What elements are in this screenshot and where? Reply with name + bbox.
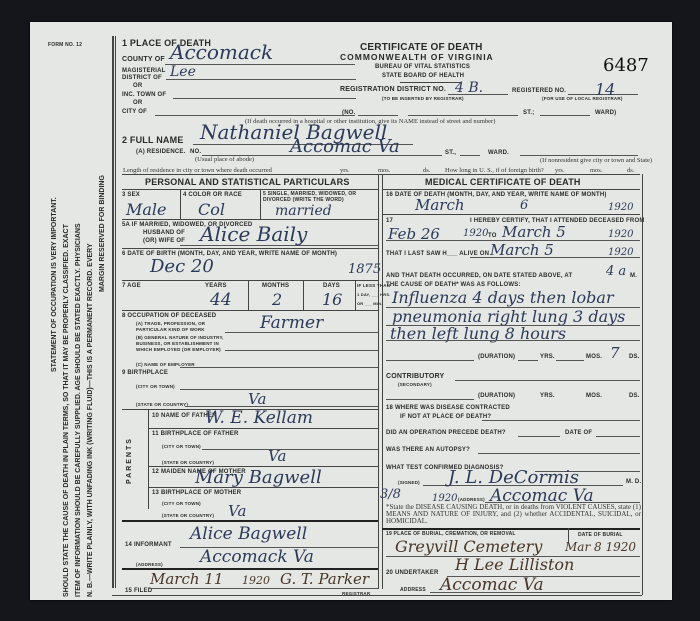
physician-signature: J. L. DeCormis [448, 467, 579, 488]
cause-line-1: Influenza 4 days then lobar [392, 288, 614, 307]
residence-label: (a) Residence. [136, 149, 185, 155]
birthplace-label: 9 Birthplace [122, 370, 168, 376]
board-label: State Board of Health [382, 73, 464, 79]
sex-value: Male [126, 200, 167, 219]
residence-street-label: St., [445, 150, 456, 156]
undertaker-value: H Lee Lilliston [455, 555, 574, 574]
autopsy-label: Was there an autopsy? [386, 447, 470, 453]
race-value: Col [198, 200, 225, 219]
father-city-label: (City or town) [162, 444, 201, 449]
md-label: M. D. [626, 479, 641, 485]
father-state-value: Va [268, 447, 286, 465]
margin-line-4: statement of occupation is very importan… [51, 197, 58, 372]
marital-status-value: married [275, 203, 332, 219]
undertaker-address-label: Address [400, 587, 426, 593]
duration-label: (Duration) [478, 354, 515, 360]
age-days-value: 16 [322, 290, 342, 309]
residence-no-label: No. [190, 149, 201, 155]
no-label: (No. [342, 110, 355, 116]
burial-place-value: Greyvill Cemetery [395, 537, 542, 556]
margin-line-1: N. B.—Write plainly, with unfading ink (… [87, 243, 94, 597]
yrs-label: yrs. [540, 354, 555, 360]
street-label: St.; [523, 110, 534, 116]
footnote: *State the DISEASE CAUSING DEATH, or in … [386, 504, 641, 525]
form-number: Form No. 12 [48, 42, 82, 48]
spouse-value: Alice Baily [200, 222, 307, 246]
birthplace-state-value: Va [248, 390, 266, 408]
usual-place-note: (Usual place of abode) [195, 156, 254, 163]
foreign-birth-label: How long in U. S., if of foreign birth? [445, 167, 544, 174]
mos-label: mos. [586, 354, 602, 360]
burial-date-value: Mar 8 1920 [565, 540, 636, 554]
race-label: 4 Color or Race [183, 192, 242, 198]
spouse-label-3: (or) Wife of [143, 238, 185, 244]
residence-ward-label: Ward. [488, 150, 509, 156]
filed-year-value: 1920 [242, 574, 270, 587]
signature-date: 3/8 [380, 487, 401, 502]
signed-label: (Signed) [398, 480, 420, 485]
ds-label: ds. [629, 354, 640, 360]
registration-district-note: (To be inserted by registrar) [382, 96, 464, 101]
county-label: County of [122, 56, 165, 63]
certificate-number: 6487 [603, 55, 649, 76]
attended-to-value: March 5 [502, 223, 566, 241]
death-certificate: Form No. 12 statement of occupation is v… [30, 22, 672, 600]
father-birthplace-label: 11 Birthplace of Father [152, 431, 239, 437]
registration-district-label: Registration District No. [340, 86, 446, 93]
city-label: City of [122, 109, 147, 115]
informant-label: 14 Informant [125, 542, 172, 548]
occupation-a-label: (a) Trade, profession, or particular kin… [136, 321, 226, 333]
occupation-a-value: Farmer [260, 313, 323, 333]
margin-binding-note: Margin Reserved for Binding [99, 175, 106, 292]
date-of-death-year: 1920 [608, 202, 633, 213]
date-of-death-month: March [415, 196, 465, 214]
magisterial-value: Lee [170, 64, 196, 80]
birthplace-city-label: (City or town) [136, 384, 175, 389]
registered-number-label: Registered No. [512, 88, 566, 94]
father-state-label: (State or country) [162, 460, 214, 465]
birthplace-state-label: (State or country) [136, 402, 188, 407]
father-name-value: W. E. Kellam [205, 408, 313, 428]
ds-label: ds. [627, 167, 634, 174]
full-name-label: 2 Full Name [122, 135, 184, 145]
to-label: to [488, 233, 497, 239]
mos-label: mos. [378, 167, 390, 174]
registration-district-value: 4 B. [455, 80, 483, 96]
secondary-label: (Secondary) [398, 382, 432, 387]
signature-address-label: (Address) [458, 497, 485, 502]
marital-status-label: 5 Single, Married, Widowed, or Divorced … [263, 191, 378, 203]
operation-date-label: Date of [565, 430, 592, 436]
or-min-label: or ___ min. [357, 301, 383, 306]
inc-town-label: Inc. Town of [122, 92, 166, 98]
mos-label: mos. [586, 393, 602, 399]
attended-to-year: 1920 [608, 229, 633, 240]
age-years-value: 44 [210, 290, 232, 310]
death-time-suffix: m. [630, 273, 637, 279]
mos-label: mos. [590, 167, 602, 174]
death-time-value: 4 a [606, 264, 626, 279]
medical-certificate-heading: Medical Certificate of Death [425, 177, 581, 187]
spouse-label-2: Husband of [143, 230, 185, 236]
yrs-label: yrs. [340, 167, 350, 174]
informant-address-value: Accomack Va [200, 547, 314, 567]
age-months-value: 2 [272, 290, 282, 309]
county-value: Accomack [170, 40, 273, 64]
sex-label: 3 Sex [122, 192, 140, 198]
filed-date-value: March 11 [150, 570, 223, 588]
mother-state-label: (State or country) [162, 513, 214, 518]
mother-name-value: Mary Bagwell [195, 467, 322, 488]
occupation-b-label: (b) General nature of industry, business… [136, 335, 231, 353]
personal-particulars-heading: Personal and Statistical Particulars [145, 177, 350, 187]
days-label: Days [323, 283, 340, 289]
nonresident-note: (If nonresident give city or town and St… [540, 157, 652, 164]
registrar-value: G. T. Parker [280, 570, 369, 588]
magisterial-label: Magisterial District of [122, 68, 166, 82]
margin-line-2: item of information should be carefully … [75, 223, 82, 597]
bureau-label: Bureau of Vital Statistics [375, 64, 470, 70]
attended-from-year: 1920 [463, 228, 488, 239]
yrs-label: yrs. [540, 393, 555, 399]
mother-birthplace-label: 13 Birthplace of Mother [152, 490, 241, 496]
contracted-label-2: if not at place of death? [400, 414, 491, 420]
length-of-residence-label: Length of residence in city or town wher… [123, 167, 272, 174]
residence-value: Accomac Va [290, 136, 400, 157]
burial-date-label: Date of Burial [578, 532, 623, 538]
mother-state-value: Va [228, 502, 246, 520]
certificate-subtitle: Commonwealth of Virginia [340, 52, 494, 62]
ds-label: ds. [629, 393, 640, 399]
one-day-hrs-label: 1 day, ___ hrs. [357, 292, 391, 297]
yrs-label: yrs. [555, 167, 565, 174]
certify-number: 17 [386, 218, 393, 224]
or-label: or [133, 100, 142, 106]
date-of-birth-value: Dec 20 [150, 256, 214, 277]
ward-label: Ward) [595, 110, 616, 116]
contracted-label-1: 18 Where was disease contracted [386, 405, 510, 411]
mother-city-label: (City or town) [162, 501, 201, 506]
registered-number-note: (For use of local registrar) [542, 96, 623, 101]
undertaker-label: 20 Undertaker [386, 570, 439, 576]
informant-address-label: (Address) [136, 562, 163, 567]
operation-label: Did an operation precede death? [386, 430, 506, 436]
months-label: Months [262, 283, 289, 289]
years-label: Years [205, 283, 227, 289]
parents-label: Parents [126, 437, 133, 484]
contributory-label: Contributory [386, 373, 444, 380]
ds-label: ds. [423, 167, 430, 174]
date-of-death-day: 6 [520, 198, 528, 213]
death-time-label: And that death occurred, on date stated … [386, 273, 572, 279]
date-of-birth-year: 1875 [348, 262, 381, 277]
secondary-duration-label: (Duration) [478, 393, 515, 399]
age-label: 7 Age [122, 283, 141, 289]
or-label: or [133, 83, 142, 89]
occupation-label: 8 Occupation of Deceased [122, 313, 216, 319]
informant-value: Alice Bagwell [190, 524, 307, 544]
margin-line-3: should state the cause of death in plain… [63, 77, 70, 597]
duration-days-value: 7 [610, 344, 620, 362]
